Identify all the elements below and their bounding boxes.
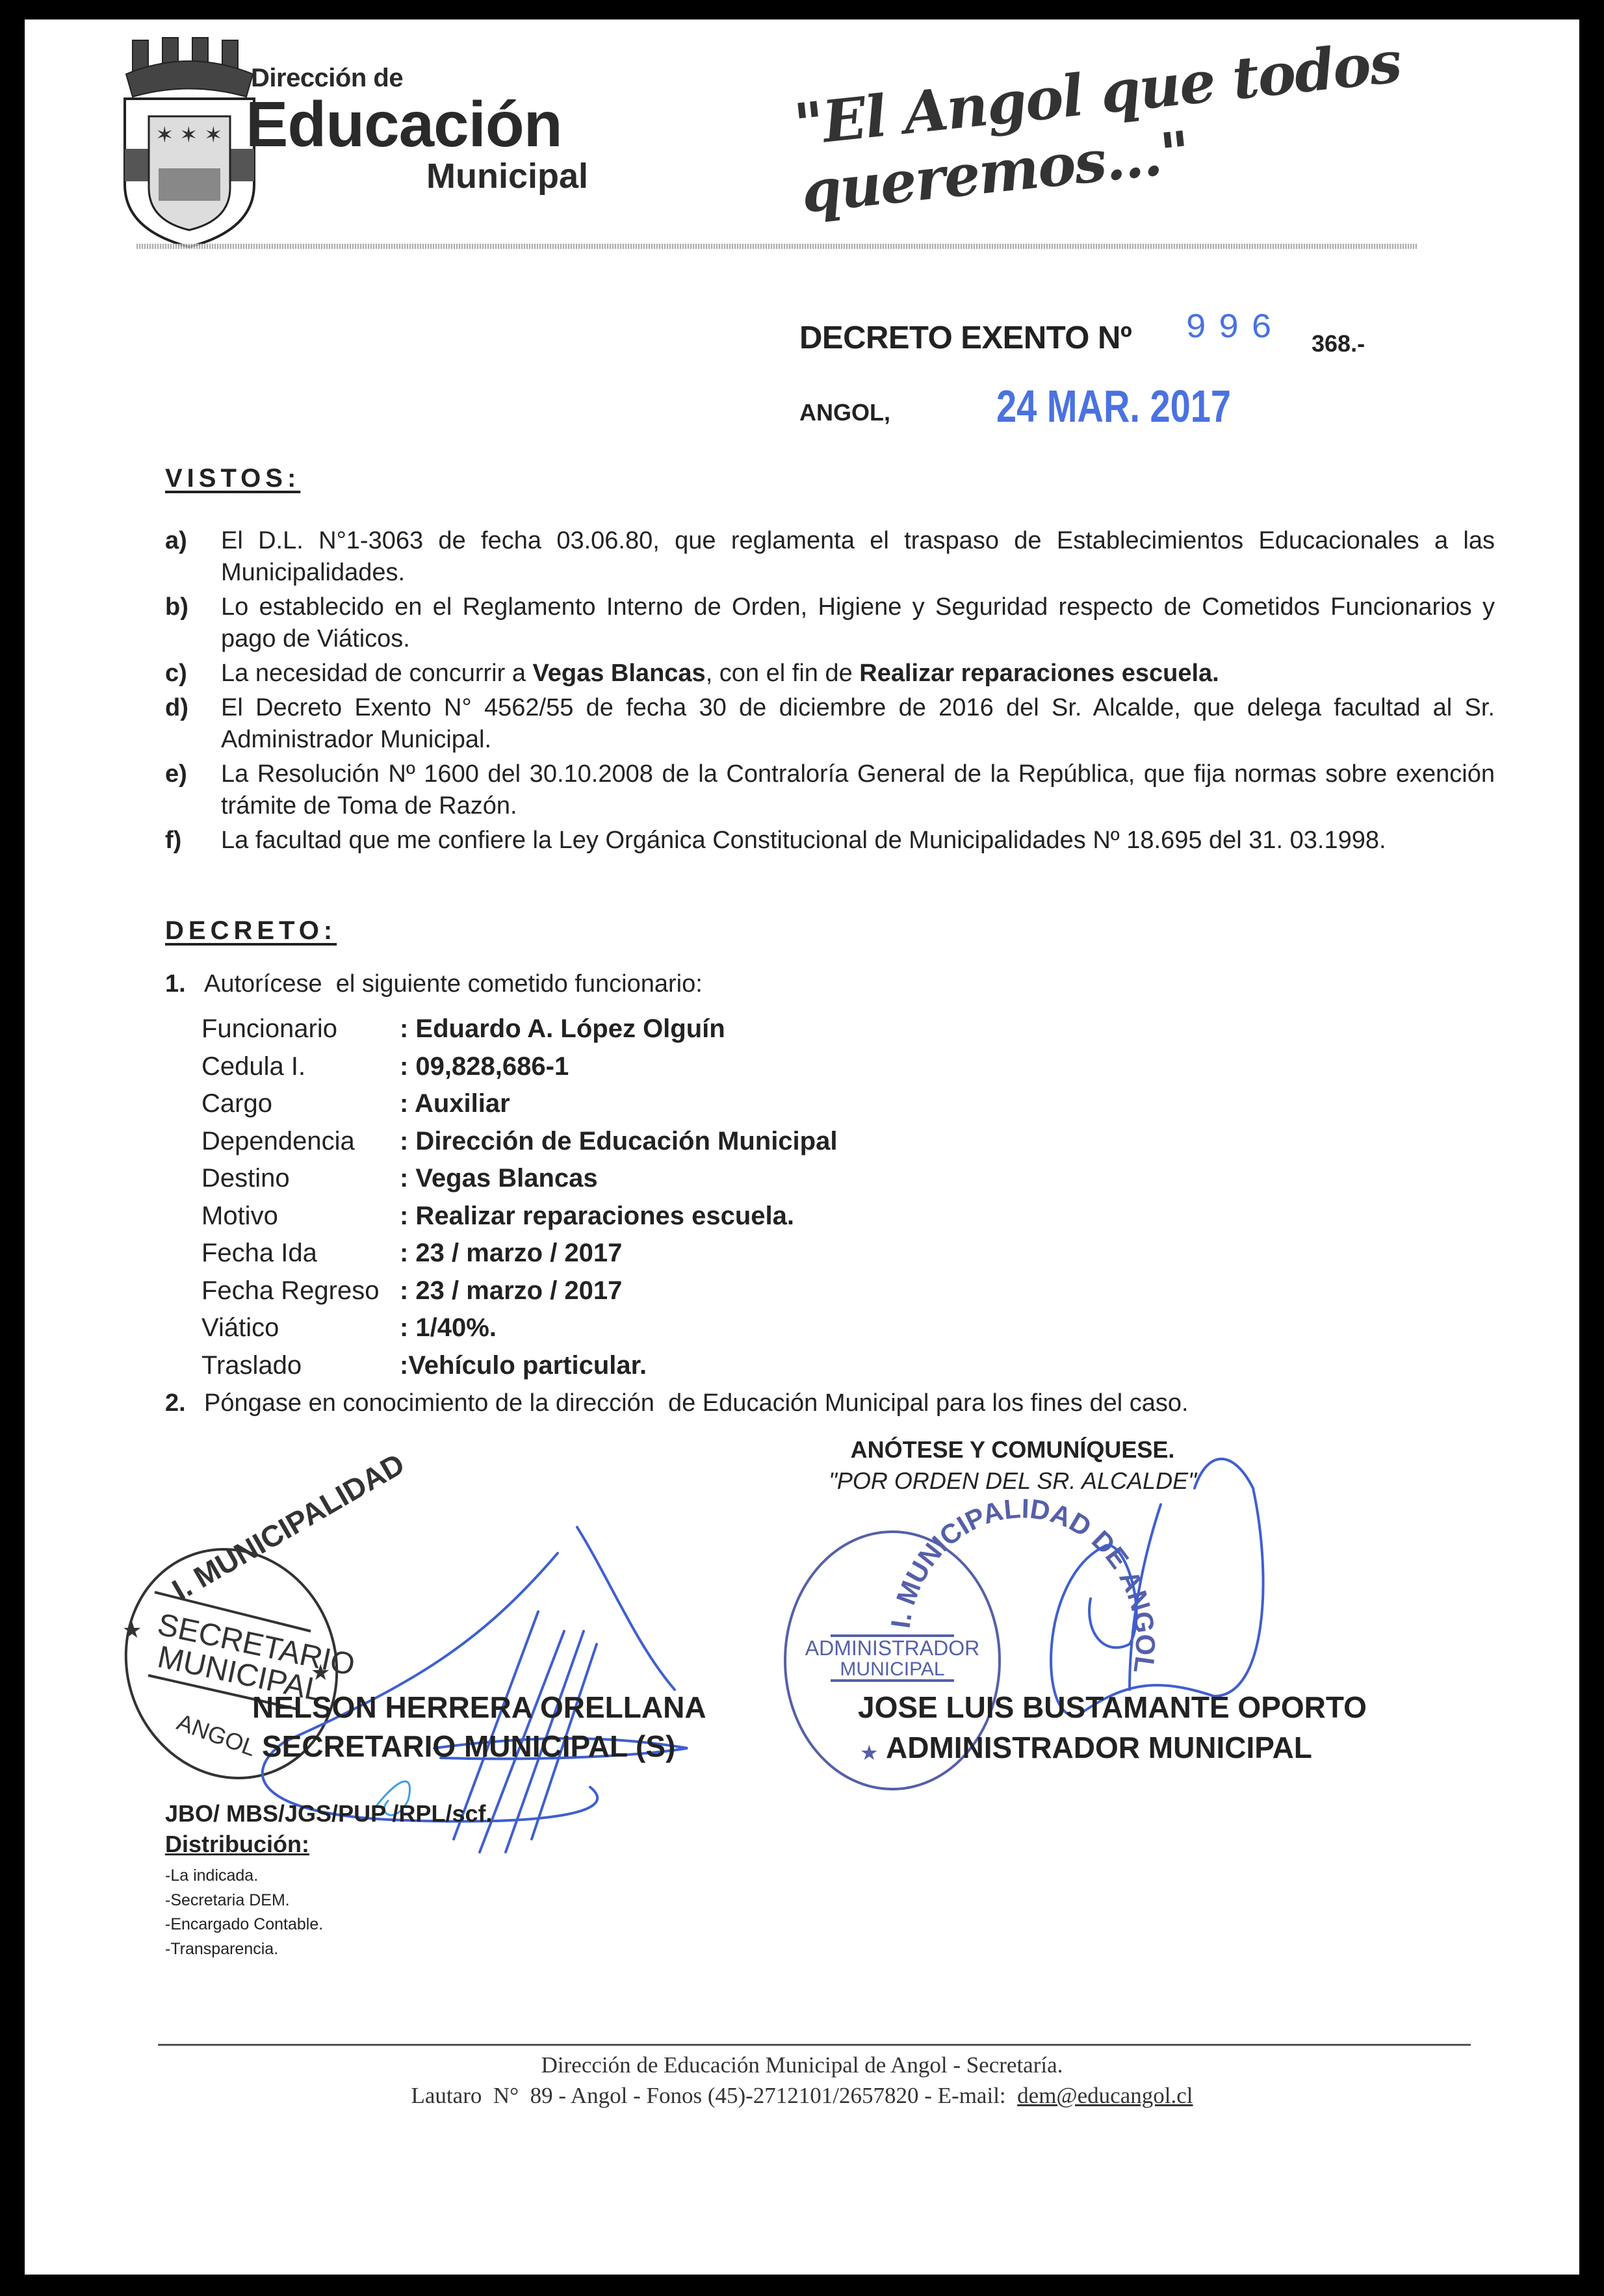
footer-line2: Lautaro N° 89 - Angol - Fonos (45)-27121… bbox=[25, 2083, 1579, 2109]
item-text: La Resolución Nº 1600 del 30.10.2008 de … bbox=[221, 758, 1495, 822]
footer-contact: Lautaro N° 89 - Angol - Fonos (45)-27121… bbox=[411, 2083, 1018, 2108]
item-label: e) bbox=[165, 758, 221, 822]
commission-details: Funcionario: Eduardo A. López OlguínCedu… bbox=[201, 1011, 837, 1384]
detail-value: : Dirección de Educación Municipal bbox=[400, 1123, 837, 1161]
detail-label: Cargo bbox=[201, 1085, 400, 1123]
left-signatory-title: SECRETARIO MUNICIPAL (S) bbox=[262, 1729, 675, 1764]
secretary-stamp bbox=[94, 1519, 369, 1808]
point-number: 2. bbox=[165, 1387, 204, 1419]
detail-row: Destino: Vegas Blancas bbox=[201, 1160, 837, 1198]
detail-label: Cedula I. bbox=[201, 1048, 400, 1086]
detail-row: Cedula I.: 09,828,686-1 bbox=[201, 1048, 837, 1086]
distribution-item: -Encargado Contable. bbox=[165, 1913, 323, 1937]
distribution-item: -Secretaria DEM. bbox=[165, 1889, 323, 1913]
reference-initials: JBO/ MBS/JGS/PUP /RPL/scf. bbox=[165, 1800, 492, 1827]
vistos-list: a) El D.L. N°1-3063 de fecha 03.06.80, q… bbox=[165, 525, 1495, 857]
by-order-line: "POR ORDEN DEL SR. ALCALDE" bbox=[25, 1467, 1247, 1495]
detail-value: : 09,828,686-1 bbox=[400, 1048, 569, 1086]
detail-row: Fecha Regreso: 23 / marzo / 2017 bbox=[201, 1272, 837, 1310]
stamped-date: 24 MAR. 2017 bbox=[996, 380, 1231, 432]
detail-value: : 1/40%. bbox=[400, 1309, 497, 1347]
point-text: Póngase en conocimiento de la dirección … bbox=[204, 1387, 1189, 1419]
detail-row: Fecha Ida: 23 / marzo / 2017 bbox=[201, 1235, 837, 1272]
detail-label: Fecha Regreso bbox=[201, 1272, 400, 1310]
vistos-item: f) La facultad que me confiere la Ley Or… bbox=[165, 825, 1495, 857]
detail-row: Cargo: Auxiliar bbox=[201, 1085, 837, 1123]
item-label: c) bbox=[165, 658, 221, 690]
header-divider bbox=[136, 244, 1417, 249]
detail-label: Destino bbox=[201, 1160, 400, 1198]
item-label: f) bbox=[165, 825, 221, 857]
item-label: a) bbox=[165, 525, 221, 589]
detail-label: Motivo bbox=[201, 1198, 400, 1235]
vistos-item: c) La necesidad de concurrir a Vegas Bla… bbox=[165, 658, 1495, 690]
detail-row: Viático: 1/40%. bbox=[201, 1309, 837, 1347]
detail-row: Motivo: Realizar reparaciones escuela. bbox=[201, 1198, 837, 1235]
svg-text:✶: ✶ bbox=[204, 123, 223, 148]
detail-label: Viático bbox=[201, 1309, 400, 1347]
place-label: ANGOL, bbox=[799, 399, 890, 426]
vistos-item: e) La Resolución Nº 1600 del 30.10.2008 … bbox=[165, 758, 1495, 822]
svg-text:✶: ✶ bbox=[155, 123, 174, 148]
distribution-heading: Distribución: bbox=[165, 1831, 309, 1858]
detail-row: Dependencia: Dirección de Educación Muni… bbox=[201, 1123, 837, 1161]
svg-text:✶: ✶ bbox=[179, 123, 198, 148]
slogan: "El Angol que todos queremos..." bbox=[791, 19, 1579, 226]
item-text: El Decreto Exento N° 4562/55 de fecha 30… bbox=[221, 692, 1495, 756]
detail-label: Funcionario bbox=[201, 1011, 400, 1048]
detail-value: : Auxiliar bbox=[400, 1085, 510, 1123]
detail-label: Traslado bbox=[201, 1347, 400, 1385]
footer-line1: Dirección de Educación Municipal de Ango… bbox=[25, 2052, 1579, 2078]
decree-suffix-number: 368.- bbox=[1312, 330, 1365, 357]
vistos-item: a) El D.L. N°1-3063 de fecha 03.06.80, q… bbox=[165, 525, 1495, 589]
detail-row: Traslado:Vehículo particular. bbox=[201, 1347, 837, 1385]
item-label: b) bbox=[165, 591, 221, 655]
closing-text: ANÓTESE Y COMUNÍQUESE. bbox=[779, 1436, 1247, 1464]
detail-label: Fecha Ida bbox=[201, 1235, 400, 1272]
detail-label: Dependencia bbox=[201, 1123, 400, 1161]
municipal-coat-of-arms-icon: ✶✶✶ bbox=[120, 35, 259, 250]
decreto-point-1: 1. Autorícese el siguiente cometido func… bbox=[165, 968, 703, 1000]
svg-text:MUNICIPAL: MUNICIPAL bbox=[840, 1658, 944, 1680]
decreto-point-2: 2. Póngase en conocimiento de la direcci… bbox=[165, 1387, 1189, 1419]
detail-value: : Realizar reparaciones escuela. bbox=[400, 1198, 794, 1235]
decree-document-page: ✶✶✶ Dirección de Educación Municipal "El… bbox=[25, 19, 1579, 2275]
point-number: 1. bbox=[165, 968, 204, 1000]
closing-line: ANÓTESE Y COMUNÍQUESE. bbox=[25, 1436, 1247, 1464]
distribution-item: -Transparencia. bbox=[165, 1937, 323, 1962]
svg-text:★: ★ bbox=[311, 1660, 330, 1685]
item-text: La facultad que me confiere la Ley Orgán… bbox=[221, 825, 1495, 857]
right-signatory-title: ADMINISTRADOR MUNICIPAL bbox=[886, 1730, 1312, 1765]
email-link[interactable]: dem@educangol.cl bbox=[1017, 2083, 1193, 2108]
svg-text:ANGOL: ANGOL bbox=[174, 1709, 259, 1762]
vistos-item: d) El Decreto Exento N° 4562/55 de fecha… bbox=[165, 692, 1495, 756]
item-text: Lo establecido en el Reglamento Interno … bbox=[221, 591, 1495, 655]
item-text-part: , con el fin de bbox=[706, 660, 860, 687]
item-text: El D.L. N°1-3063 de fecha 03.06.80, que … bbox=[221, 525, 1495, 589]
detail-value: : 23 / marzo / 2017 bbox=[400, 1235, 622, 1272]
distribution-list: -La indicada.-Secretaria DEM.-Encargado … bbox=[165, 1864, 323, 1961]
detail-row: Funcionario: Eduardo A. López Olguín bbox=[201, 1011, 837, 1048]
left-signatory-name: NELSON HERRERA ORELLANA bbox=[252, 1690, 706, 1725]
point-text: Autorícese el siguiente cometido funcion… bbox=[204, 968, 703, 1000]
svg-text:SECRETARIO: SECRETARIO bbox=[155, 1607, 358, 1683]
decree-title: DECRETO EXENTO Nº bbox=[799, 320, 1132, 356]
detail-value: : 23 / marzo / 2017 bbox=[400, 1272, 622, 1310]
item-text-part: La necesidad de concurrir a bbox=[221, 660, 533, 687]
svg-text:★: ★ bbox=[860, 1741, 879, 1764]
right-signatory-name: JOSE LUIS BUSTAMANTE OPORTO bbox=[858, 1690, 1367, 1725]
detail-value: :Vehículo particular. bbox=[400, 1347, 647, 1385]
org-name-line2: Educación bbox=[246, 92, 562, 156]
footer-divider bbox=[158, 2044, 1471, 2046]
detail-value: : Vegas Blancas bbox=[400, 1160, 598, 1198]
org-name-line3: Municipal bbox=[426, 159, 588, 194]
distribution-item: -La indicada. bbox=[165, 1864, 323, 1889]
decreto-heading: DECRETO: bbox=[165, 916, 337, 946]
svg-text:★: ★ bbox=[122, 1618, 142, 1643]
svg-text:I. MUNICIPALIDAD DE ANGOL: I. MUNICIPALIDAD DE ANGOL bbox=[885, 1493, 1161, 1675]
destination-highlight: Vegas Blancas bbox=[533, 660, 706, 687]
svg-text:ADMINISTRADOR: ADMINISTRADOR bbox=[805, 1636, 979, 1660]
stamped-decree-number: 996 bbox=[1185, 309, 1284, 348]
vistos-heading: VISTOS: bbox=[165, 464, 300, 493]
by-order-text: "POR ORDEN DEL SR. ALCALDE" bbox=[779, 1467, 1247, 1495]
detail-value: : Eduardo A. López Olguín bbox=[400, 1011, 725, 1048]
item-text: La necesidad de concurrir a Vegas Blanca… bbox=[221, 658, 1495, 690]
item-label: d) bbox=[165, 692, 221, 756]
purpose-highlight: Realizar reparaciones escuela. bbox=[859, 660, 1219, 687]
vistos-item: b) Lo establecido en el Reglamento Inter… bbox=[165, 591, 1495, 655]
